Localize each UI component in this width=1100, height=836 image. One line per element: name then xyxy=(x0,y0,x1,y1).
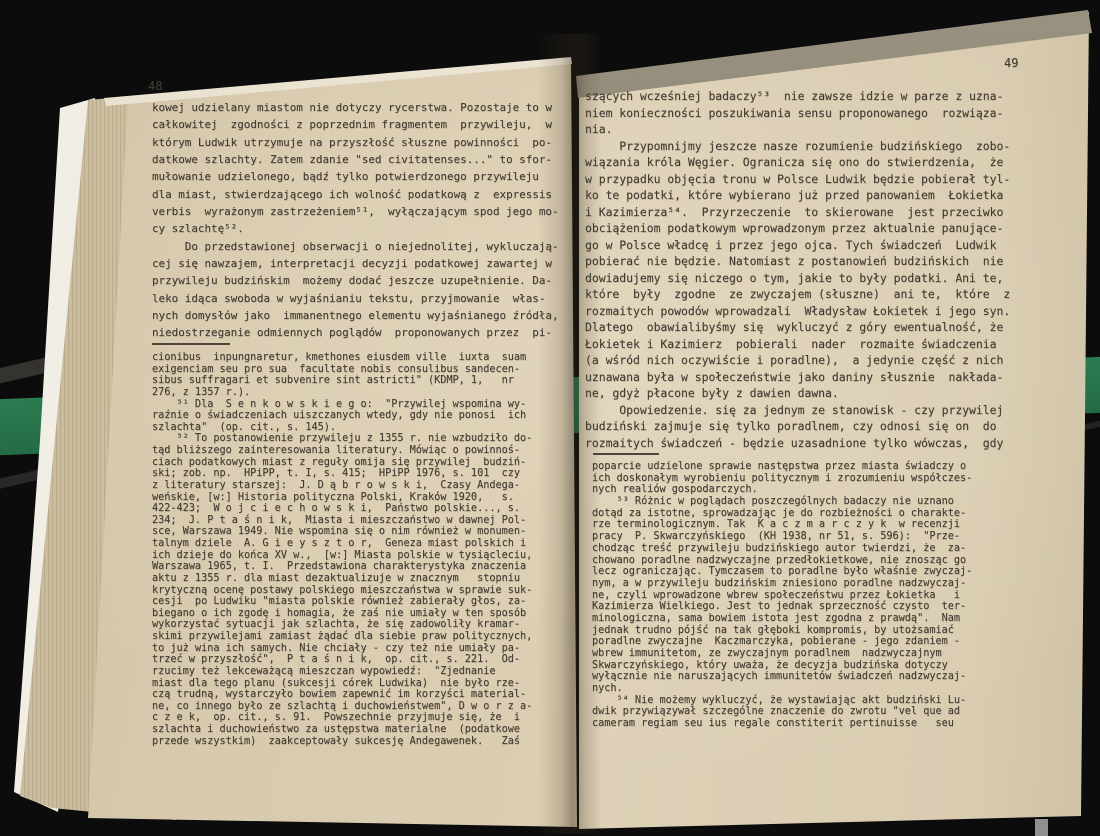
text-line: Skwarczyńskiego, który uważa, że decyzja… xyxy=(592,660,972,672)
text-line: Warszawa 1965, t. I. Przedstawiona chara… xyxy=(152,561,532,573)
text-line: biegano o ich zgodę i homagia, że zaś ni… xyxy=(152,608,532,620)
text-line: sibus suffragari et subvenire sint astri… xyxy=(152,375,532,387)
text-line: Kazimierza Wielkiego. Jest to jednak spr… xyxy=(592,601,972,613)
text-line: dotąd za istotne, sprowadzając je do roz… xyxy=(592,508,972,520)
text-line: rzucimy też lekceważącą mieszczan wypowi… xyxy=(152,666,532,678)
text-line: mułowanie udzielonego, bądź tylko potwie… xyxy=(152,168,559,185)
text-line: 234; J. P t a ś n i k, Miasta i mieszcza… xyxy=(152,515,532,527)
text-line: lecz ograniczając. Tymczasem to poradlne… xyxy=(592,566,972,578)
text-line: chowano poradlne nadzwyczajne przedłokie… xyxy=(592,555,972,567)
right-page-footnote-separator xyxy=(593,453,659,455)
text-line: tąd bliższego zainteresowania literatury… xyxy=(152,445,532,457)
text-line: dowiadujemy się niczego o tym, jakie to … xyxy=(585,270,1010,287)
text-line: nych domysłów jako immanentnego elementu… xyxy=(152,307,559,324)
text-line: budziński zajmuje się tylko poradlnem, c… xyxy=(585,418,1010,435)
text-line: weńskie, [w:] Historia polityczna Polski… xyxy=(152,492,532,504)
text-line: pracy P. Skwarczyńskiego (KH 1938, nr 51… xyxy=(592,531,972,543)
text-line: cesji po Ludwiku "miasta polskie również… xyxy=(152,596,532,608)
text-line: rze terminologicznym. Tak K a c z m a r … xyxy=(592,519,972,531)
text-line: krytyczną ocenę postawy polskiego mieszc… xyxy=(152,585,532,597)
text-line: (a wśród nich oczywiście i poradlne), a … xyxy=(585,352,1010,369)
text-line: skimi przywilejami zamiast żądać dla sie… xyxy=(152,631,532,643)
text-line: 276, z 1357 r.). xyxy=(152,387,532,399)
text-line: w przypadku objęcia tronu w Polsce Ludwi… xyxy=(585,171,1010,188)
text-line: ich dzieje do końca XV w., [w:] Miasta p… xyxy=(152,550,532,562)
text-line: rozmaitych powodów wprowadzali Władysław… xyxy=(585,303,1010,320)
text-line: nych. xyxy=(592,683,972,695)
text-line: nych realiów gospodarczych. xyxy=(592,484,972,496)
text-line: ⁵¹ Dla S e n k o w s k i e g o: "Przywil… xyxy=(152,399,532,411)
text-line: którym Ludwik utrzymuje na przyszłość sł… xyxy=(152,134,559,151)
text-line: szlachta i duchowieństwo za ustępstwa ma… xyxy=(152,724,532,736)
text-line: nia. xyxy=(585,121,1010,138)
text-line: szlachta" (op. cit., s. 145). xyxy=(152,422,532,434)
text-line: które były zgodne ze zwyczajem (słuszne)… xyxy=(585,286,1010,303)
text-line: przede wszystkim) zaakceptowały sukcesję… xyxy=(152,736,532,748)
text-line: go w Polsce władcę i przez jego ojca. Ty… xyxy=(585,237,1010,254)
right-page-number: 49 xyxy=(1004,56,1018,70)
text-line: Dlatego obawialibyśmy się wykluczyć z gó… xyxy=(585,319,1010,336)
text-line: szących wcześniej badaczy⁵³ nie zawsze i… xyxy=(585,88,1010,105)
scanned-book-photo: 48 kowej udzielany miastom nie dotyczy r… xyxy=(0,0,1100,836)
text-line: rozmaitych świadczeń - będzie uzasadnion… xyxy=(585,435,1010,452)
text-line: wiązania króla Węgier. Ogranicza się ono… xyxy=(585,154,1010,171)
text-line: wykorzystać sytuacji jak szlachta, że si… xyxy=(152,619,532,631)
text-line: wyłącznie nie naruszających immunitetów … xyxy=(592,671,972,683)
text-line: cionibus inpungnaretur, kmethones eiusde… xyxy=(152,352,532,364)
text-line: leko idąca swoboda w wyjaśnianiu tekstu,… xyxy=(152,290,559,307)
text-line: dwik przywiązywał szczególne znaczenie d… xyxy=(592,706,972,718)
right-page-footnotes: poparcie udzielone sprawie następstwa pr… xyxy=(592,461,972,730)
text-line: ne, co innego było ze szlachtą i duchowi… xyxy=(152,701,532,713)
text-line: minologiczna, sama bowiem istota jest zg… xyxy=(592,613,972,625)
text-line: 422-423; W o j c i e c h o w s k i, Pańs… xyxy=(152,503,532,515)
text-line: jednak trudno pójść na tak głęboki kompr… xyxy=(592,625,972,637)
text-line: cameram regiam seu ius regale constiteri… xyxy=(592,718,972,730)
text-line: nym, a w przywileju budzińskim zniesiono… xyxy=(592,578,972,590)
text-line: pobierać nie będzie. Natomiast z postano… xyxy=(585,253,1010,270)
text-line: ko te podatki, które wybierano już przed… xyxy=(585,187,1010,204)
text-line: poparcie udzielone sprawie następstwa pr… xyxy=(592,461,972,473)
text-line: Przypomnijmy jeszcze nasze rozumienie bu… xyxy=(585,138,1010,155)
text-line: czą trudną, wystarczyło bowiem zapewnić … xyxy=(152,689,532,701)
text-line: niem konieczności poszukiwania sensu pro… xyxy=(585,105,1010,122)
text-line: ne, czyli wprowadzone wbrew społeczeństw… xyxy=(592,590,972,602)
text-line: cej się nawzajem, interpretacji decyzji … xyxy=(152,255,559,272)
text-line: c z e k, op. cit., s. 91. Powszechnie pr… xyxy=(152,712,532,724)
text-line: z literatury starszej: J. D ą b r o w s … xyxy=(152,480,532,492)
text-line: ⁵⁴ Nie możemy wykluczyć, że wystawiając … xyxy=(592,695,972,707)
text-line: i Kazimierza⁵⁴. Przyrzeczenie to skierow… xyxy=(585,204,1010,221)
text-line: chodząc treść przywileju budzińskiego au… xyxy=(592,543,972,555)
text-line: uznawana była w społeczeństwie jako dani… xyxy=(585,369,1010,386)
text-line: całkowitej zgodności z poprzednim fragme… xyxy=(152,116,559,133)
text-line: obciążeniom podatkowym wprowadzonym prze… xyxy=(585,220,1010,237)
text-line: datkowe szlachty. Zatem zdanie "sed civi… xyxy=(152,151,559,168)
text-line: przywileju budzińskim możemy dodać jeszc… xyxy=(152,272,559,289)
text-line: aktu z 1355 r. dla miast dezaktualizuje … xyxy=(152,573,532,585)
text-line: poradlne zwyczajne Kaczmarczyka, pobiera… xyxy=(592,636,972,648)
left-page-footnote-separator xyxy=(152,343,230,345)
text-line: ich doskonałym wyrobieniu politycznym i … xyxy=(592,473,972,485)
text-line: ne, gdyż płacone były z dawien dawna. xyxy=(585,385,1010,402)
text-line: verbis wyrażonym zastrzeżeniem⁵¹, wyłącz… xyxy=(152,203,559,220)
text-line: ⁵³ Różnic w poglądach poszczególnych bad… xyxy=(592,496,972,508)
left-page-number: 48 xyxy=(148,79,162,93)
text-line: exigenciam seu pro sua facultate nobis c… xyxy=(152,364,532,376)
text-line: Do przedstawionej obserwacji o niejednol… xyxy=(152,238,559,255)
right-page-body-text: szących wcześniej badaczy⁵³ nie zawsze i… xyxy=(585,88,1010,451)
text-line: cy szlachtę⁵². xyxy=(152,220,559,237)
text-line: ⁵² To postanowienie przywileju z 1355 r.… xyxy=(152,433,532,445)
text-line: talnym dziele A. G i e y s z t o r, Gene… xyxy=(152,538,532,550)
left-page-body-text: kowej udzielany miastom nie dotyczy ryce… xyxy=(152,99,559,342)
text-line: dla miast, stwierdzającego ich wolność p… xyxy=(152,186,559,203)
text-line: to już wina ich samych. Nie chciały - cz… xyxy=(152,643,532,655)
text-line: ski; zob. np. HPiPP, t. I, s. 415; HPiPP… xyxy=(152,468,532,480)
text-line: niedostrzeganie odmiennych poglądów prop… xyxy=(152,324,559,341)
text-line: trzeć w przyszłość", P t a ś n i k, op. … xyxy=(152,654,532,666)
text-line: Łokietek i Kazimierz pobierali nader roz… xyxy=(585,336,1010,353)
text-line: miast dla tego planu (sukcesji córek Lud… xyxy=(152,678,532,690)
bookmark-sliver xyxy=(1035,819,1048,836)
left-page-footnotes: cionibus inpungnaretur, kmethones eiusde… xyxy=(152,352,532,747)
text-line: raźnie o świadczeniach uiszczanych wtedy… xyxy=(152,410,532,422)
text-line: wbrew immunitetom, ze zwyczajnym poradln… xyxy=(592,648,972,660)
text-line: Opowiedzenie. się za jednym ze stanowisk… xyxy=(585,402,1010,419)
text-line: ciach podatkowych miast z reguły omija s… xyxy=(152,457,532,469)
text-line: kowej udzielany miastom nie dotyczy ryce… xyxy=(152,99,559,116)
text-line: sce, Warszawa 1949. Nie wspomina się o n… xyxy=(152,526,532,538)
